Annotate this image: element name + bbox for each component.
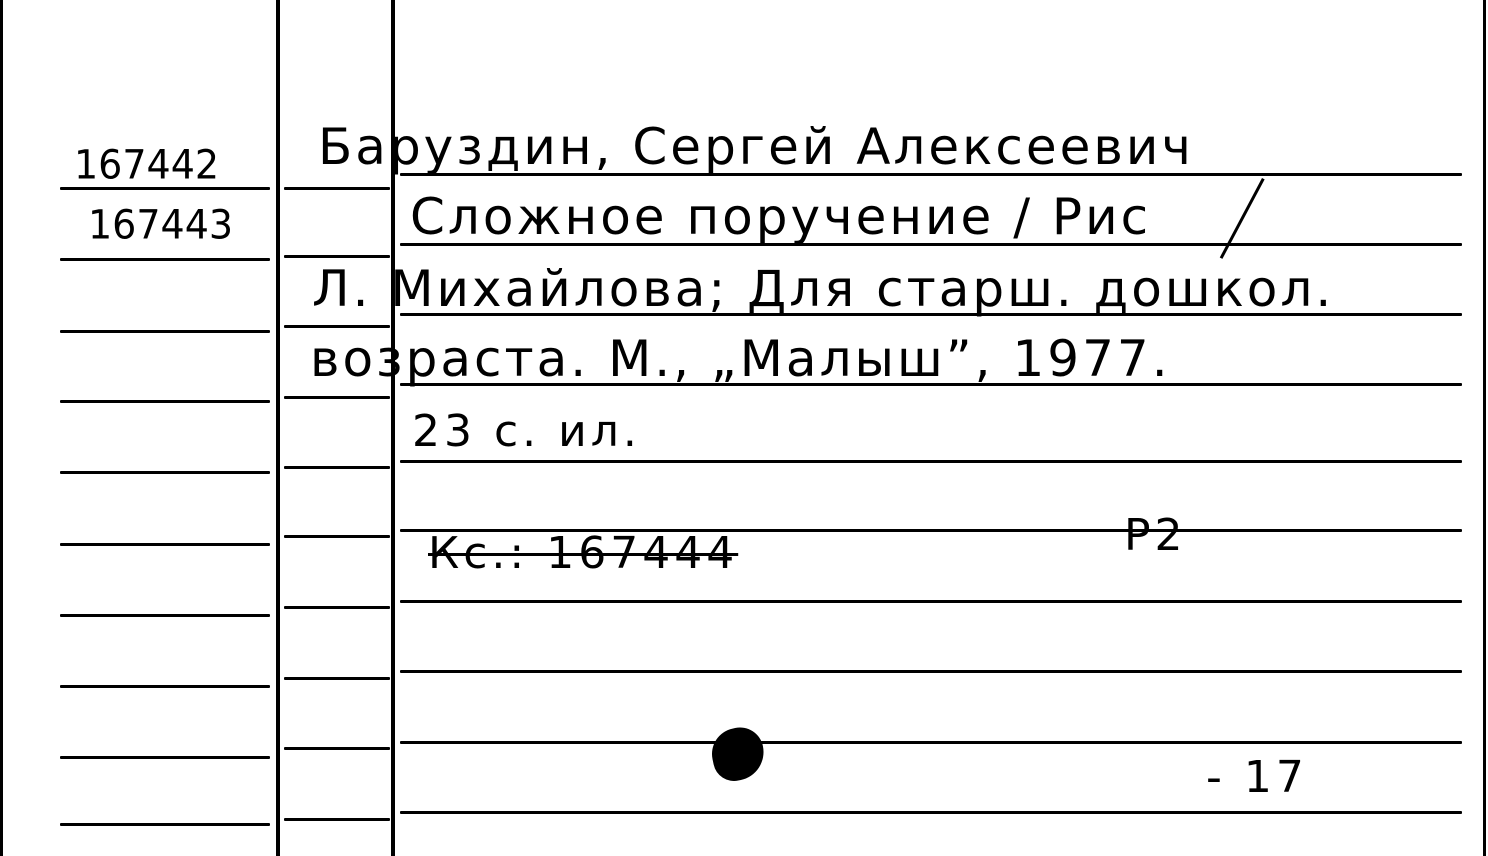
imprint-line: возраста. М., „Малыш”, 1977. [310, 334, 1171, 384]
ruled-line [400, 460, 1462, 463]
price-mark: - 17 [1206, 756, 1308, 800]
pagination-line: 23 с. ил. [412, 410, 641, 454]
ruled-line [284, 325, 390, 328]
slash-mark [1220, 178, 1265, 259]
ruled-line [60, 823, 270, 826]
ink-blot [707, 723, 769, 785]
ruled-line [284, 747, 390, 750]
ruled-line [284, 606, 390, 609]
ruled-line [284, 187, 390, 190]
illustrator-line: Л. Михайлова; Для старш. дошкол. [312, 264, 1334, 314]
ruled-line [60, 543, 270, 546]
ruled-line [60, 400, 270, 403]
ruled-line [60, 330, 270, 333]
column-divider-1 [276, 0, 280, 856]
ruled-line [60, 756, 270, 759]
ruled-line [284, 466, 390, 469]
ruled-line [284, 818, 390, 821]
ruled-line [60, 471, 270, 474]
ruled-line [284, 396, 390, 399]
ruled-line [400, 600, 1462, 603]
catalog-card: 167442 167443 Баруздин, Сергей Алексееви… [0, 0, 1488, 856]
ruled-line [284, 535, 390, 538]
title-line: Сложное поручение / Рис [410, 192, 1151, 242]
classification-mark: Р2 [1124, 514, 1187, 558]
ruled-line [60, 258, 270, 261]
ruled-line [284, 255, 390, 258]
ruled-line [400, 741, 1462, 744]
card-right-border [1483, 0, 1486, 856]
crossed-copy-number: Кс.: 167444 [428, 532, 738, 576]
ruled-line [60, 614, 270, 617]
ruled-line [284, 677, 390, 680]
author-heading: Баруздин, Сергей Алексеевич [318, 122, 1194, 172]
accession-number-1: 167442 [74, 145, 219, 185]
ruled-line [60, 685, 270, 688]
card-left-border [0, 0, 3, 856]
accession-number-2: 167443 [88, 205, 233, 245]
ruled-line [400, 670, 1462, 673]
ruled-line [400, 811, 1462, 814]
